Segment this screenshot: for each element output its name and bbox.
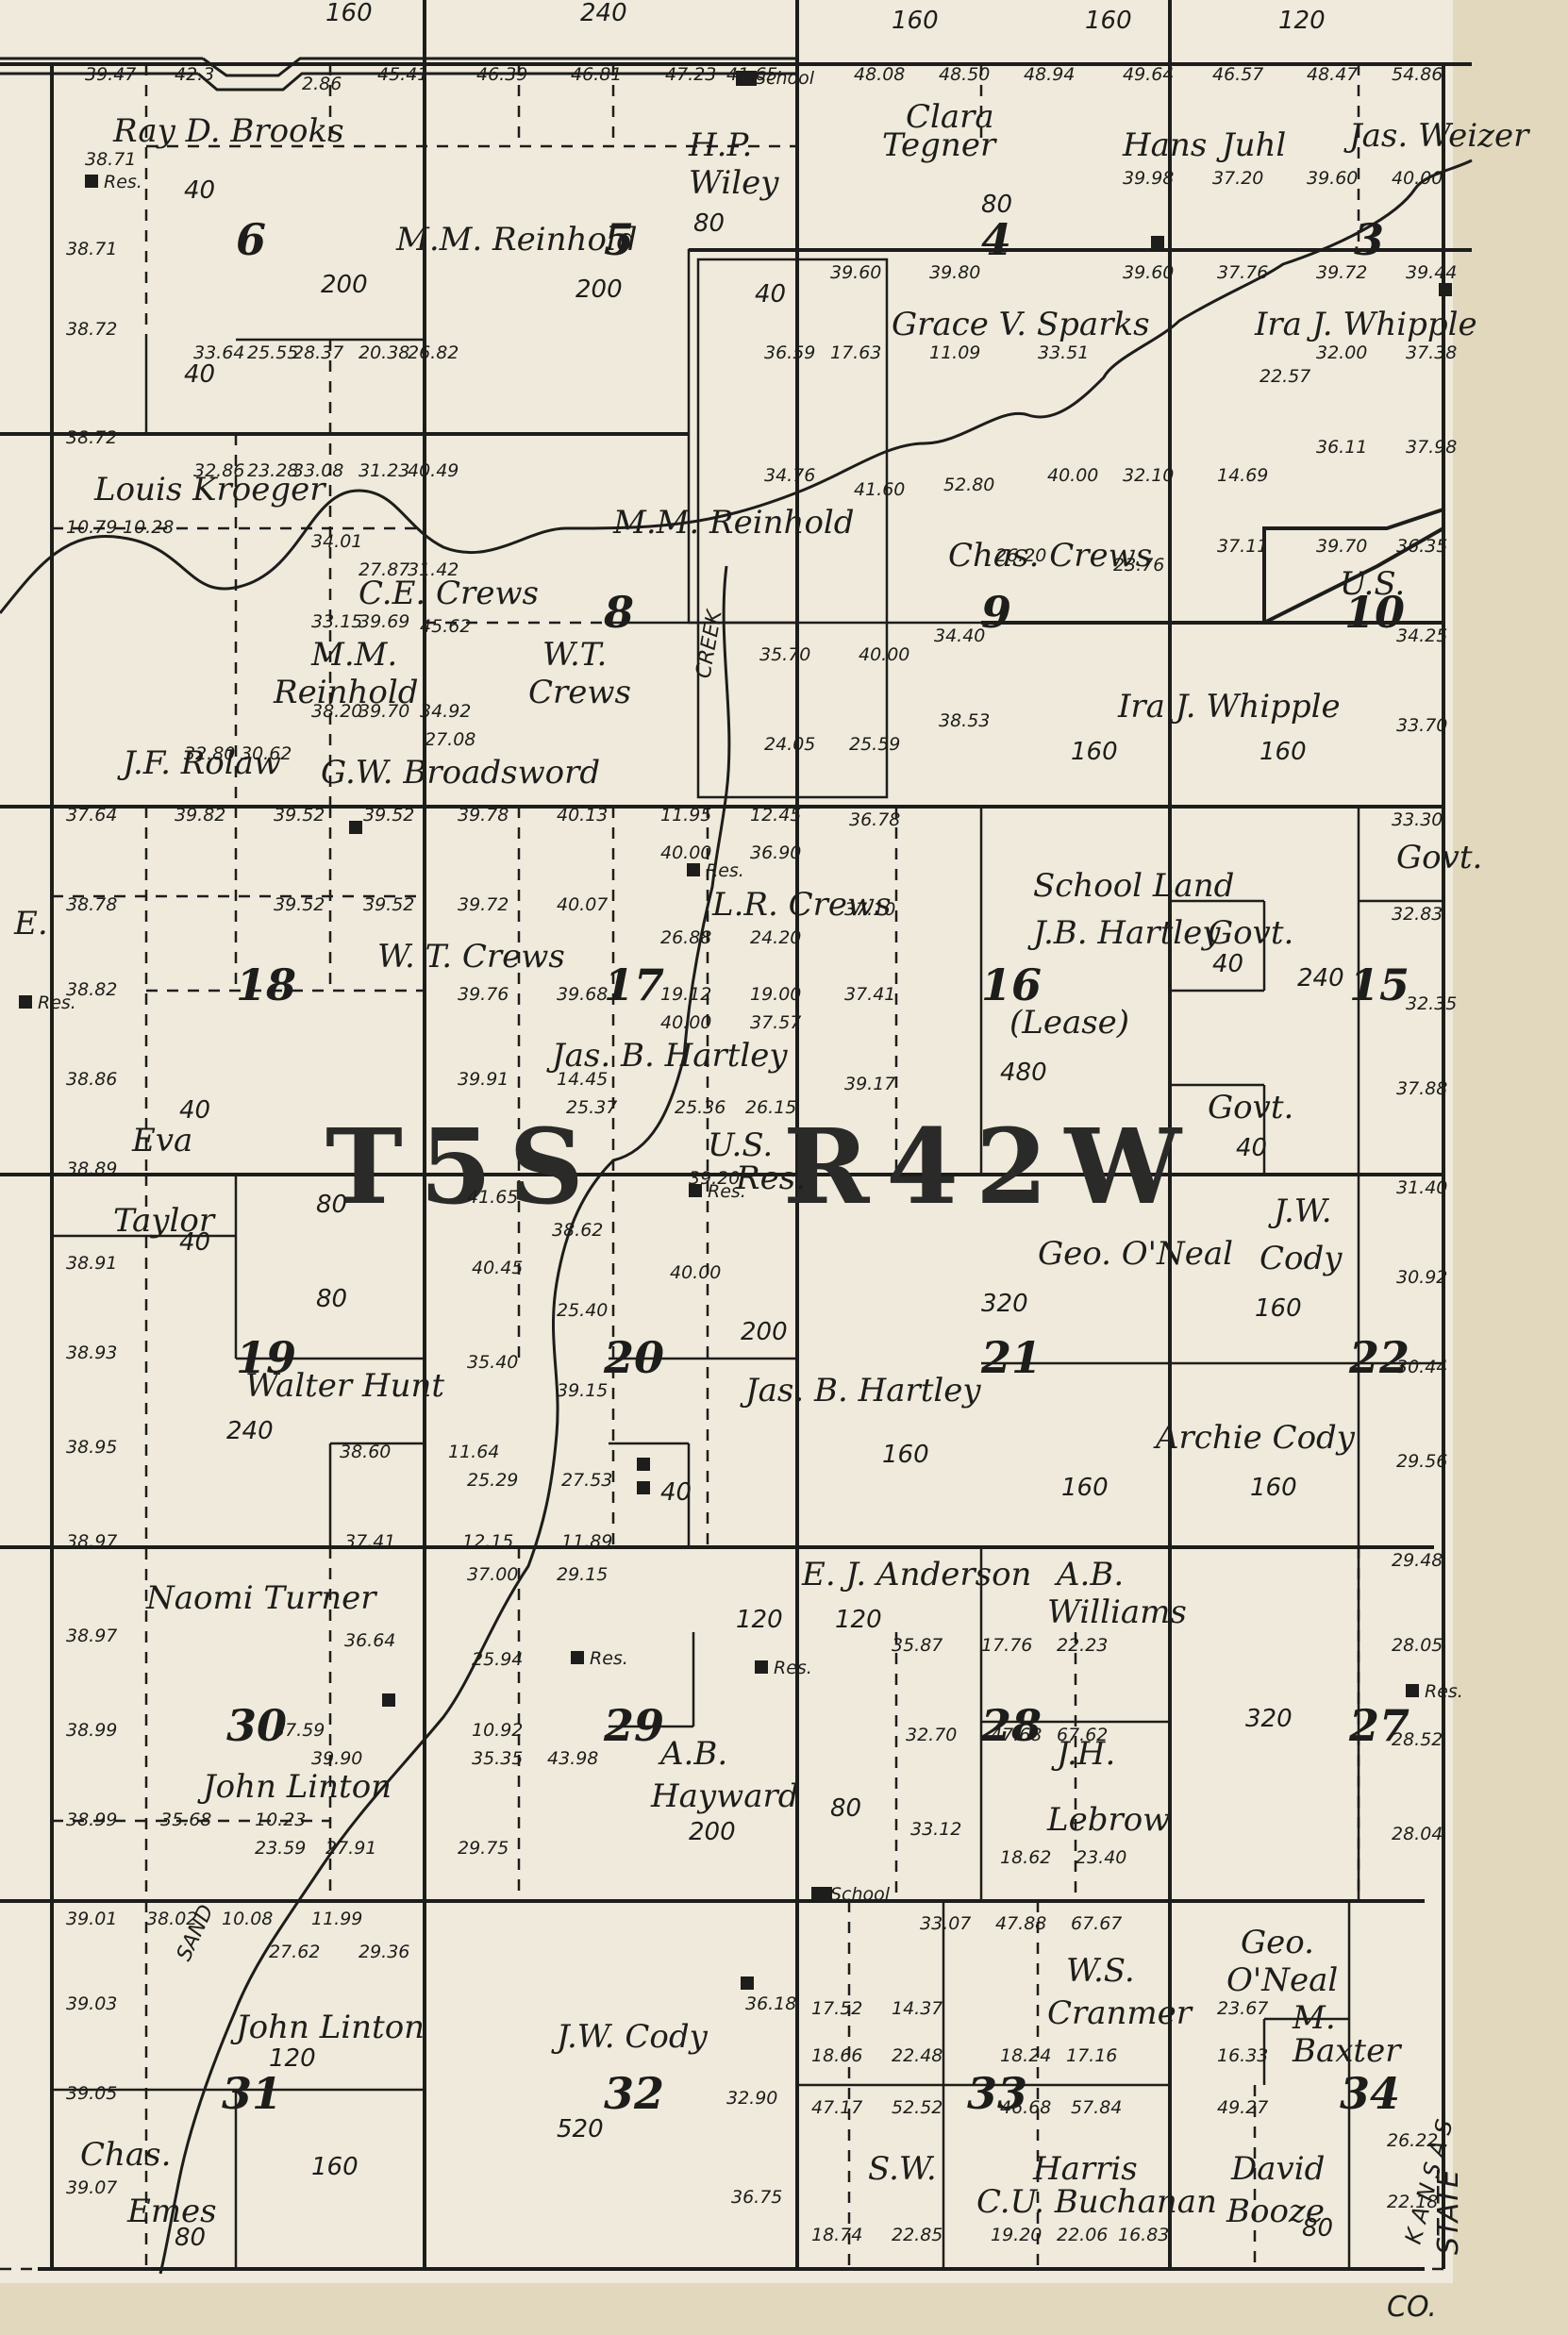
- owner-name: (Lease): [1009, 1004, 1129, 1042]
- lot-value: 38.20: [311, 701, 362, 722]
- school-icon: School: [811, 1884, 891, 1905]
- lot-value: 40.49: [408, 460, 459, 481]
- lot-value: 38.99: [66, 1720, 117, 1741]
- lot-value: 18.66: [811, 2045, 862, 2066]
- acreage-label: 200: [321, 271, 368, 299]
- section-number: 29: [603, 1700, 664, 1751]
- lot-value: 17.52: [811, 1998, 862, 2019]
- lot-value: 39.60: [830, 262, 881, 283]
- lot-value: 54.86: [1392, 64, 1443, 85]
- lot-value: 37.20: [1212, 168, 1263, 189]
- lot-value: 49.27: [1217, 2097, 1268, 2118]
- lot-value: 23.40: [1076, 1847, 1126, 1868]
- lot-value: 10.28: [123, 517, 174, 538]
- lot-value: 39.90: [311, 1748, 362, 1769]
- lot-value: 36.90: [750, 842, 801, 863]
- lot-value: 14.69: [1217, 465, 1268, 486]
- lot-value: 37.11: [1217, 536, 1268, 557]
- lot-value: 34.92: [420, 701, 471, 722]
- residence-icon: [1439, 283, 1452, 296]
- building-label: Res.: [38, 992, 76, 1013]
- lot-value: 14.37: [892, 1998, 942, 2019]
- lot-value: 16.83: [1118, 2225, 1169, 2245]
- acreage-label: 40: [179, 1096, 210, 1125]
- acreage-label: 40: [1212, 950, 1243, 978]
- lot-value: 39.68: [557, 984, 608, 1005]
- lot-value: 32.90: [726, 2088, 777, 2109]
- acreage-label: 160: [311, 2153, 359, 2181]
- owner-name: Govt.: [1208, 914, 1293, 952]
- owner-name: Cranmer: [1047, 1994, 1193, 2032]
- owner-name: John Linton: [197, 1768, 392, 1806]
- lot-value: 28.05: [1392, 1635, 1443, 1656]
- lot-value: 36.11: [1316, 437, 1367, 458]
- acreage-label: 240: [226, 1417, 274, 1445]
- owner-name: Harris: [1032, 2150, 1138, 2188]
- owner-name: Jas. B. Hartley: [740, 1372, 981, 1409]
- lot-value: 38.97: [66, 1531, 117, 1552]
- section-number: 31: [222, 2068, 282, 2119]
- section-number: 4: [981, 214, 1011, 265]
- owner-name: Juhl: [1216, 126, 1286, 164]
- acreage-label: 240: [1297, 964, 1344, 992]
- lot-value: 39.91: [458, 1069, 509, 1090]
- owner-name: M.M.: [310, 636, 397, 674]
- lot-value: 39.01: [66, 1909, 117, 1929]
- lot-value: 31.40: [1396, 1177, 1447, 1198]
- owner-name: H.P.: [688, 126, 752, 164]
- acreage-label: 80: [175, 2224, 206, 2252]
- acreage-label: 80: [693, 209, 725, 238]
- lot-value: 10.92: [472, 1720, 523, 1741]
- lot-value: 39.03: [66, 1993, 117, 2014]
- lot-value: 11.99: [311, 1909, 362, 1929]
- lot-value: 46.81: [571, 64, 622, 85]
- lot-value: 32.70: [906, 1725, 957, 1745]
- section-number: 15: [1349, 959, 1410, 1010]
- lot-value: 10.23: [255, 1810, 306, 1830]
- acreage-label: 520: [557, 2115, 604, 2143]
- lot-value: 29.48: [1392, 1550, 1443, 1571]
- owner-name: A.B.: [1054, 1556, 1124, 1593]
- lot-value: 43.98: [547, 1748, 598, 1769]
- lot-value: 37.38: [1406, 342, 1457, 363]
- lot-value: 38.62: [552, 1220, 603, 1241]
- owner-name: U.S.: [1340, 565, 1405, 603]
- owner-name: Eva: [131, 1122, 192, 1159]
- lot-value: 30.62: [241, 743, 292, 764]
- acreage-label: 160: [892, 7, 939, 35]
- lot-value: 37.64: [66, 805, 117, 826]
- lot-value: 38.91: [66, 1253, 117, 1274]
- owner-name: Archie Cody: [1153, 1419, 1356, 1457]
- lot-value: 39.76: [458, 984, 509, 1005]
- acreage-label: 40: [755, 280, 786, 309]
- lot-value: 52.52: [892, 2097, 942, 2118]
- acreage-label: 120: [835, 1606, 882, 1634]
- acreage-label: 200: [741, 1318, 788, 1346]
- acreage-label: 80: [316, 1191, 347, 1219]
- lot-value: 38.72: [66, 319, 117, 340]
- lot-value: 41.65: [467, 1187, 518, 1208]
- lot-value: 24.20: [750, 927, 801, 948]
- acreage-label: 160: [882, 1441, 929, 1469]
- lot-value: 32.10: [1123, 465, 1174, 486]
- lot-value: 35.40: [467, 1352, 518, 1373]
- lot-value: 37.41: [344, 1531, 395, 1552]
- acreage-label: 160: [1250, 1474, 1297, 1502]
- building-label: Res.: [104, 172, 142, 192]
- section-number: 3: [1354, 214, 1384, 265]
- lot-value: 25.37: [566, 1097, 617, 1118]
- owner-name: E.: [13, 905, 48, 942]
- township-label: T5S: [325, 1106, 601, 1227]
- owner-name: Tegner: [882, 126, 997, 164]
- lot-value: 39.15: [557, 1380, 608, 1401]
- acreage-label: 80: [1302, 2214, 1333, 2243]
- lot-value: 23.67: [1217, 1998, 1268, 2019]
- lot-value: 39.05: [66, 2083, 117, 2104]
- lot-value: 39.80: [929, 262, 980, 283]
- lot-value: 22.23: [1057, 1635, 1108, 1656]
- lot-value: 39.47: [85, 64, 136, 85]
- lot-value: 38.97: [66, 1626, 117, 1646]
- lot-value: 39.70: [1316, 536, 1367, 557]
- acreage-label: 120: [269, 2044, 316, 2073]
- acreage-label: 200: [575, 275, 623, 304]
- lot-value: 45.41: [377, 64, 428, 85]
- lot-value: 30.44: [1396, 1357, 1447, 1377]
- lot-value: 38.02: [146, 1909, 197, 1929]
- acreage-label: 160: [1071, 738, 1118, 766]
- section-number: 34: [1340, 2068, 1400, 2119]
- lot-value: 23.28: [247, 460, 298, 481]
- lot-value: 39.52: [363, 805, 414, 826]
- acreage-label: 160: [1255, 1294, 1302, 1323]
- section-number: 6: [236, 214, 266, 265]
- lot-value: 33.07: [920, 1913, 971, 1934]
- owner-name: A.B.: [658, 1735, 727, 1773]
- lot-value: 38.95: [66, 1437, 117, 1458]
- lot-value: 17.76: [981, 1635, 1032, 1656]
- lot-value: 27.08: [425, 729, 475, 750]
- lot-value: 29.75: [458, 1838, 509, 1859]
- acreage-label: 200: [689, 1818, 736, 1846]
- lot-value: 57.84: [1071, 2097, 1122, 2118]
- acreage-label: 160: [1259, 738, 1307, 766]
- lot-value: 22.06: [1057, 2225, 1108, 2245]
- section-number: 8: [603, 587, 634, 638]
- lot-value: 38.99: [66, 1810, 117, 1830]
- owner-name: Wiley: [689, 164, 779, 202]
- lot-value: 48.50: [939, 64, 990, 85]
- plat-map: SAND CREEK T5S R42W 56438910181716151920…: [0, 0, 1568, 2335]
- owner-name: U.S.: [708, 1126, 773, 1164]
- lot-value: 14.45: [557, 1069, 608, 1090]
- lot-value: 35.70: [759, 644, 810, 665]
- lot-value: 25.29: [467, 1470, 518, 1491]
- lot-value: 40.13: [557, 805, 608, 826]
- residence-icon: [741, 1976, 754, 1990]
- lot-value: 39.69: [359, 611, 409, 632]
- lot-value: 23.76: [1113, 555, 1164, 575]
- lot-value: 22.57: [1259, 366, 1310, 387]
- lot-value: 41.60: [854, 479, 905, 500]
- lot-value: 39.52: [274, 805, 325, 826]
- lot-value: 38.86: [66, 1069, 117, 1090]
- lot-value: 39.78: [458, 805, 509, 826]
- acreage-label: 120: [736, 1606, 783, 1634]
- lot-value: 10.79: [66, 517, 117, 538]
- lot-value: 22.85: [892, 2225, 942, 2245]
- lot-value: 27.62: [269, 1942, 320, 1962]
- lot-value: 42.3: [175, 64, 214, 85]
- lot-value: 19.12: [660, 984, 711, 1005]
- lot-value: 36.64: [344, 1630, 395, 1651]
- owner-name: John Linton: [230, 2009, 425, 2046]
- lot-value: 37.88: [1396, 1078, 1447, 1099]
- section-number: 9: [981, 587, 1011, 638]
- owner-name: M.M. Reinhold: [395, 221, 638, 259]
- lot-value: 31.42: [408, 559, 459, 580]
- owner-name: Crews: [528, 674, 631, 711]
- lot-value: 38.71: [85, 149, 136, 170]
- building-label: Res.: [706, 860, 744, 881]
- lot-value: 25.40: [557, 1300, 608, 1321]
- section-number: 21: [980, 1332, 1042, 1383]
- range-label: R42W: [783, 1106, 1198, 1227]
- lot-value: 24.05: [764, 734, 815, 755]
- lot-value: 47.23: [665, 64, 716, 85]
- lot-value: 39.72: [458, 894, 509, 915]
- section-number: 18: [236, 959, 296, 1010]
- owner-name: Hans: [1122, 126, 1207, 164]
- building-label: Res.: [1425, 1681, 1463, 1702]
- school-icon: School: [736, 68, 815, 89]
- lot-value: 35.87: [892, 1635, 942, 1656]
- acreage-label: 40: [179, 1228, 210, 1257]
- owner-name: Baxter: [1292, 2032, 1402, 2070]
- owner-name: J.W. Cody: [551, 2018, 709, 2056]
- owner-name: W. T. Crews: [377, 938, 565, 976]
- section-number: 17: [604, 959, 664, 1010]
- lot-value: 39.44: [1406, 262, 1457, 283]
- owner-name: W.S.: [1066, 1952, 1135, 1990]
- lot-value: 38.72: [66, 427, 117, 448]
- lot-value: 31.23: [359, 460, 409, 481]
- owner-name: J.B. Hartley: [1027, 914, 1221, 952]
- acreage-label: 480: [1000, 1059, 1047, 1087]
- owner-name: J.W.: [1268, 1193, 1332, 1230]
- lot-value: 40.00: [660, 1012, 711, 1033]
- lot-value: 34.76: [764, 465, 815, 486]
- lot-value: 28.04: [1392, 1824, 1443, 1844]
- lot-value: 36.75: [731, 2187, 782, 2208]
- acreage-label: 80: [981, 191, 1012, 219]
- lot-value: 22.48: [892, 2045, 942, 2066]
- lot-value: 25.55: [247, 342, 298, 363]
- lot-value: 11.89: [561, 1531, 612, 1552]
- lot-value: 29.56: [1396, 1451, 1447, 1472]
- lot-value: 36.59: [764, 342, 815, 363]
- lot-value: 40.00: [859, 644, 909, 665]
- lot-value: 25.94: [472, 1649, 523, 1670]
- lot-value: 47.88: [995, 1913, 1046, 1934]
- acreage-label: 40: [184, 360, 215, 389]
- paper-edge: [1453, 0, 1568, 2335]
- lot-value: 40.00: [660, 842, 711, 863]
- acreage-label: 40: [660, 1478, 692, 1507]
- residence-icon: [637, 1481, 650, 1494]
- paper-edge-bottom: [0, 2283, 1568, 2335]
- owner-name: C.U. Buchanan: [976, 2183, 1217, 2221]
- lot-value: 37.00: [467, 1564, 518, 1585]
- acreage-label: 160: [325, 0, 373, 27]
- lot-value: 25.36: [675, 1097, 726, 1118]
- lot-value: 26.88: [660, 927, 711, 948]
- lot-value: 26.20: [995, 545, 1046, 566]
- acreage-label: 240: [580, 0, 627, 27]
- lot-value: 39.60: [1307, 168, 1358, 189]
- lot-value: 32.83: [1392, 904, 1443, 925]
- lot-value: 17.63: [830, 342, 881, 363]
- owner-name: David: [1230, 2150, 1325, 2188]
- lot-value: 26.82: [408, 342, 459, 363]
- lot-value: 48.08: [854, 64, 905, 85]
- lot-value: 33.12: [910, 1819, 961, 1840]
- lot-value: 38.89: [66, 1159, 117, 1179]
- owner-name: Geo.: [1241, 1924, 1314, 1961]
- lot-value: 38.60: [340, 1442, 391, 1462]
- lot-value: 47.68: [991, 1725, 1042, 1745]
- lot-value: 33.51: [1038, 342, 1089, 363]
- lot-value: 46.68: [1000, 2097, 1051, 2118]
- lot-value: 38.78: [66, 894, 117, 915]
- lot-value: 34.25: [1396, 625, 1447, 646]
- lot-value: 19.20: [991, 2225, 1042, 2245]
- lot-value: 26.15: [745, 1097, 796, 1118]
- lot-value: 35.68: [160, 1810, 211, 1830]
- building-label: Res.: [708, 1181, 746, 1202]
- owner-name: Jas. Weizer: [1343, 117, 1530, 155]
- lot-value: 37.57: [750, 1012, 801, 1033]
- owner-name: Williams: [1047, 1593, 1187, 1631]
- lot-value: 34.40: [934, 625, 985, 646]
- lot-value: 39.07: [66, 2177, 117, 2198]
- owner-name: M.: [1292, 1999, 1336, 2037]
- lot-value: 33.64: [193, 342, 244, 363]
- residence-icon: [382, 1693, 395, 1707]
- lot-value: 25.59: [849, 734, 900, 755]
- lot-value: 34.01: [311, 531, 362, 552]
- lot-value: 36.78: [849, 809, 900, 830]
- lot-value: 49.64: [1123, 64, 1174, 85]
- lot-value: 47.17: [811, 2097, 862, 2118]
- owner-name: W.T.: [542, 636, 607, 674]
- lot-value: 37.98: [1406, 437, 1457, 458]
- lot-value: 12.45: [750, 805, 801, 826]
- owner-name: Naomi Turner: [145, 1579, 377, 1617]
- lot-value: 29.15: [557, 1564, 608, 1585]
- lot-value: 19.00: [750, 984, 801, 1005]
- owner-name: School Land: [1033, 867, 1234, 905]
- lot-value: 48.47: [1307, 64, 1358, 85]
- lot-value: 27.53: [561, 1470, 612, 1491]
- acreage-label: 40: [184, 176, 215, 205]
- lot-value: 37.10: [844, 899, 895, 920]
- lot-value: 28.37: [292, 342, 343, 363]
- acreage-label: 40: [1236, 1134, 1267, 1162]
- lot-value: 12.15: [462, 1531, 513, 1552]
- lot-value: 48.94: [1024, 64, 1075, 85]
- lot-value: 40.45: [472, 1258, 523, 1278]
- acreage-label: 320: [1245, 1705, 1293, 1733]
- lot-value: 52.80: [943, 475, 994, 495]
- lot-value: 11.09: [929, 342, 980, 363]
- lot-value: 18.62: [1000, 1847, 1051, 1868]
- section-number: 20: [603, 1332, 664, 1383]
- owner-name: C.E. Crews: [359, 575, 539, 612]
- owner-name: Hayward: [650, 1777, 799, 1815]
- lot-value: 23.59: [255, 1838, 306, 1859]
- owner-name: Chas.: [80, 2136, 171, 2174]
- lot-value: 39.70: [359, 701, 409, 722]
- residence-icon: [1151, 236, 1164, 249]
- lot-value: 30.92: [1396, 1267, 1447, 1288]
- acreage-label: 160: [1085, 7, 1132, 35]
- lot-value: 28.52: [1392, 1729, 1443, 1750]
- lot-value: 32.35: [1406, 993, 1457, 1014]
- lot-value: 32.86: [193, 460, 244, 481]
- lot-value: 35.35: [472, 1748, 523, 1769]
- lot-value: 32.80: [184, 743, 235, 764]
- lot-value: 40.07: [557, 894, 608, 915]
- owner-name: Ira J. Whipple: [1117, 688, 1341, 726]
- acreage-label: 80: [316, 1285, 347, 1313]
- residence-icon: [349, 821, 362, 834]
- owner-name: Walter Hunt: [245, 1367, 444, 1405]
- lot-value: 33.30: [1392, 809, 1443, 830]
- lot-value: 39.82: [175, 805, 225, 826]
- lot-value: 46.57: [1212, 64, 1263, 85]
- lot-value: 18.24: [1000, 2045, 1051, 2066]
- owner-name: Ray D. Brooks: [112, 112, 344, 150]
- building-label: Res.: [590, 1648, 628, 1669]
- lot-value: 45.62: [420, 616, 471, 637]
- lot-value: 38.93: [66, 1343, 117, 1363]
- acreage-label: 120: [1278, 7, 1326, 35]
- building-label: School: [830, 1884, 891, 1905]
- lot-value: 39.52: [363, 894, 414, 915]
- lot-value: 67.67: [1071, 1913, 1122, 1934]
- owner-name: O'Neal: [1226, 1961, 1338, 1999]
- building-label: School: [755, 68, 815, 89]
- lot-value: 32.00: [1316, 342, 1367, 363]
- owner-name: Ira J. Whipple: [1254, 306, 1477, 343]
- owner-name: G.W. Broadsword: [321, 754, 600, 792]
- lot-value: 46.39: [476, 64, 527, 85]
- lot-value: 39.60: [1123, 262, 1174, 283]
- lot-value: 38.53: [939, 710, 990, 731]
- lot-value: 29.36: [359, 1942, 409, 1962]
- lot-value: 38.71: [66, 239, 117, 259]
- lot-value: 16.33: [1217, 2045, 1268, 2066]
- lot-value: 10.08: [222, 1909, 273, 1929]
- lot-value: 20.38: [359, 342, 409, 363]
- lot-value: 33.15: [311, 611, 362, 632]
- lot-value: 33.70: [1396, 715, 1447, 736]
- owner-name: Lebrow: [1046, 1801, 1170, 1839]
